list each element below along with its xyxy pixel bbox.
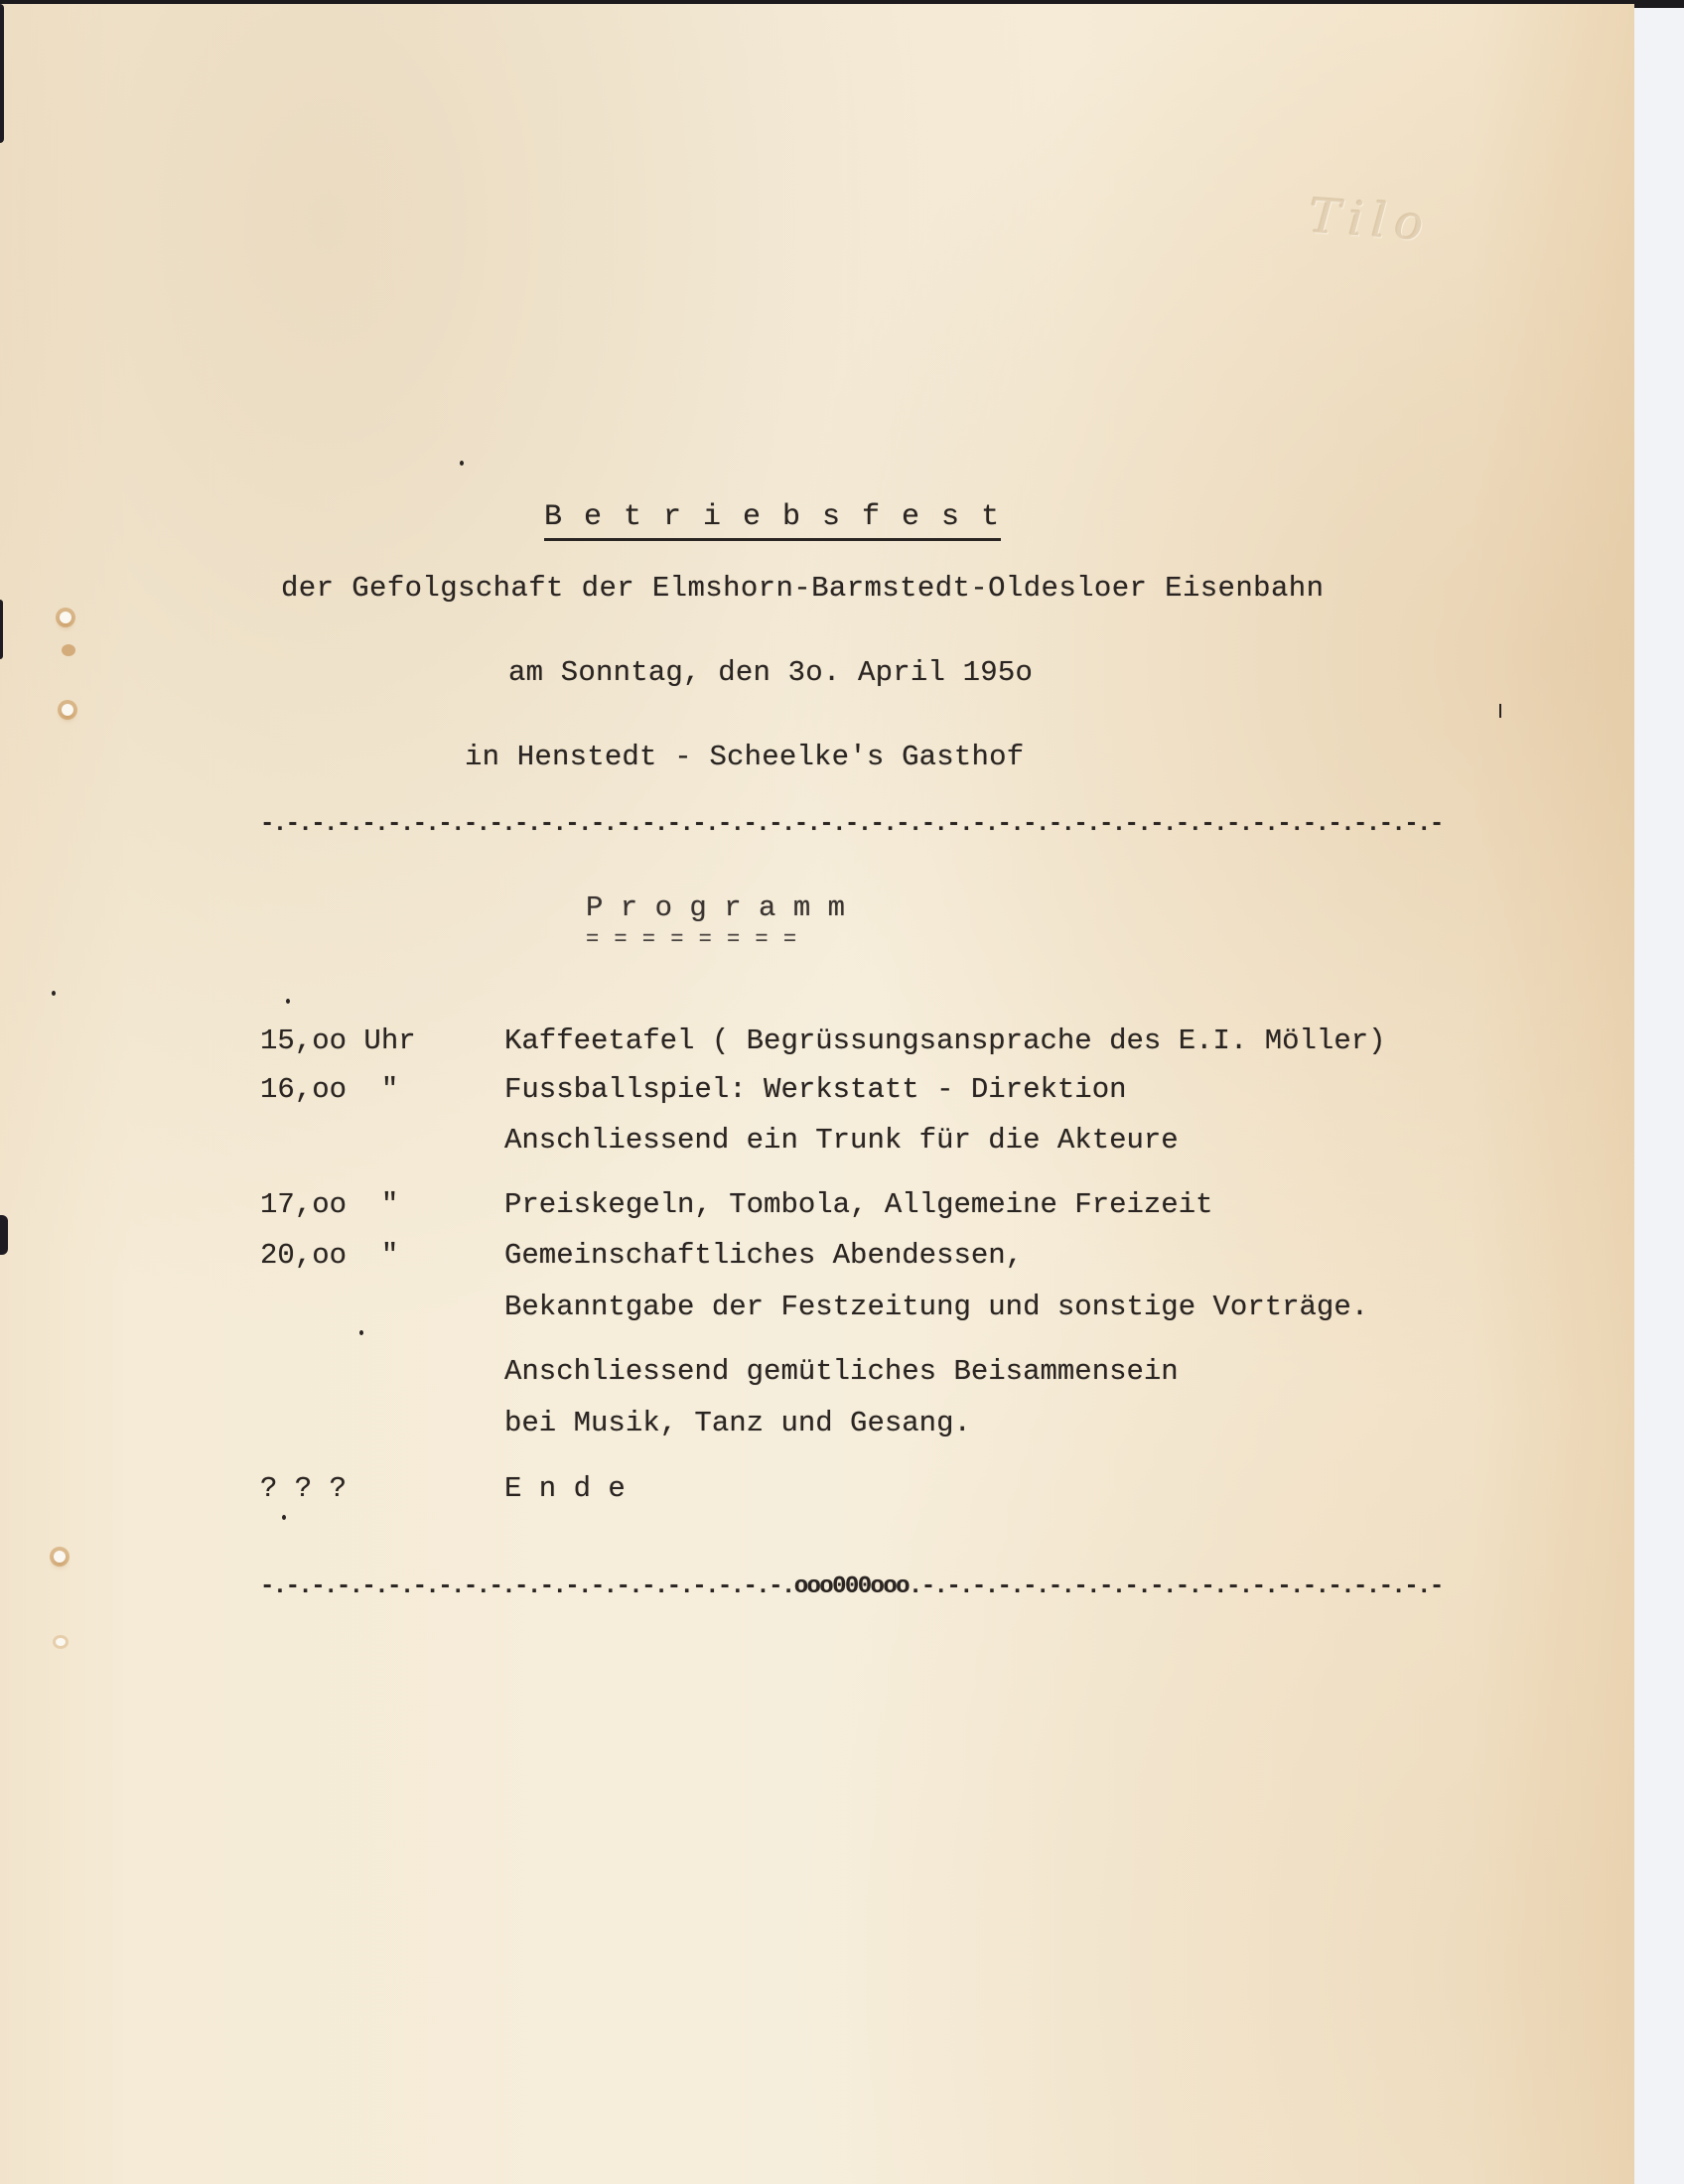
paper-sheet: Tilo B e t r i e b s f e s t der Gefolgs… xyxy=(0,4,1634,2184)
rust-stain xyxy=(62,644,75,656)
schedule-time: 17,oo " xyxy=(260,1190,398,1219)
divider-rule-bottom: -.-.-.-.-.-.-.-.-.-.-.-.-.-.-.-.-.-.-.-.… xyxy=(260,1575,1443,1599)
event-location: in Henstedt - Scheelke's Gasthof xyxy=(465,743,1024,771)
schedule-time: ? ? ? xyxy=(260,1474,347,1503)
document-title: B e t r i e b s f e s t xyxy=(544,502,1001,541)
schedule-time: 15,oo Uhr xyxy=(260,1026,416,1055)
divider-rule-top: -.-.-.-.-.-.-.-.-.-.-.-.-.-.-.-.-.-.-.-.… xyxy=(260,813,1443,837)
schedule-text: Anschliessend ein Trunk für die Akteure xyxy=(504,1126,1179,1155)
schedule-text: Gemeinschaftliches Abendessen, xyxy=(504,1241,1023,1270)
punch-hole xyxy=(62,704,73,716)
schedule-text: bei Musik, Tanz und Gesang. xyxy=(504,1409,971,1437)
punch-hole xyxy=(54,1551,66,1563)
schedule-time: 16,oo " xyxy=(260,1075,398,1104)
paper-tear-shadow xyxy=(0,600,3,659)
paper-edge-shadow xyxy=(0,4,4,143)
ink-mark xyxy=(1499,704,1501,718)
schedule-text: Anschliessend gemütliches Beisammensein xyxy=(504,1357,1179,1386)
schedule-text: Fussballspiel: Werkstatt - Direktion xyxy=(504,1075,1127,1104)
punch-hole xyxy=(60,612,71,623)
punch-hole xyxy=(56,1638,66,1646)
paper-tear-shadow xyxy=(0,1215,8,1255)
ink-speck xyxy=(359,1330,363,1335)
program-heading-underline: = = = = = = = = xyxy=(586,929,797,951)
schedule-time: 20,oo " xyxy=(260,1241,398,1270)
scanned-page: Tilo B e t r i e b s f e s t der Gefolgs… xyxy=(0,0,1684,2184)
ink-speck xyxy=(460,461,464,466)
schedule-text: Preiskegeln, Tombola, Allgemeine Freizei… xyxy=(504,1190,1213,1219)
program-heading: P r o g r a m m xyxy=(586,893,845,922)
schedule-text: E n d e xyxy=(504,1474,626,1503)
ink-speck xyxy=(282,1515,286,1520)
ink-speck xyxy=(286,999,290,1004)
schedule-text: Kaffeetafel ( Begrüssungsansprache des E… xyxy=(504,1026,1386,1055)
pencil-annotation: Tilo xyxy=(1307,189,1433,252)
document-subtitle: der Gefolgschaft der Elmshorn-Barmstedt-… xyxy=(281,574,1324,603)
schedule-text: Bekanntgabe der Festzeitung und sonstige… xyxy=(504,1293,1368,1321)
ink-speck xyxy=(52,991,56,996)
event-date: am Sonntag, den 3o. April 195o xyxy=(508,658,1033,687)
